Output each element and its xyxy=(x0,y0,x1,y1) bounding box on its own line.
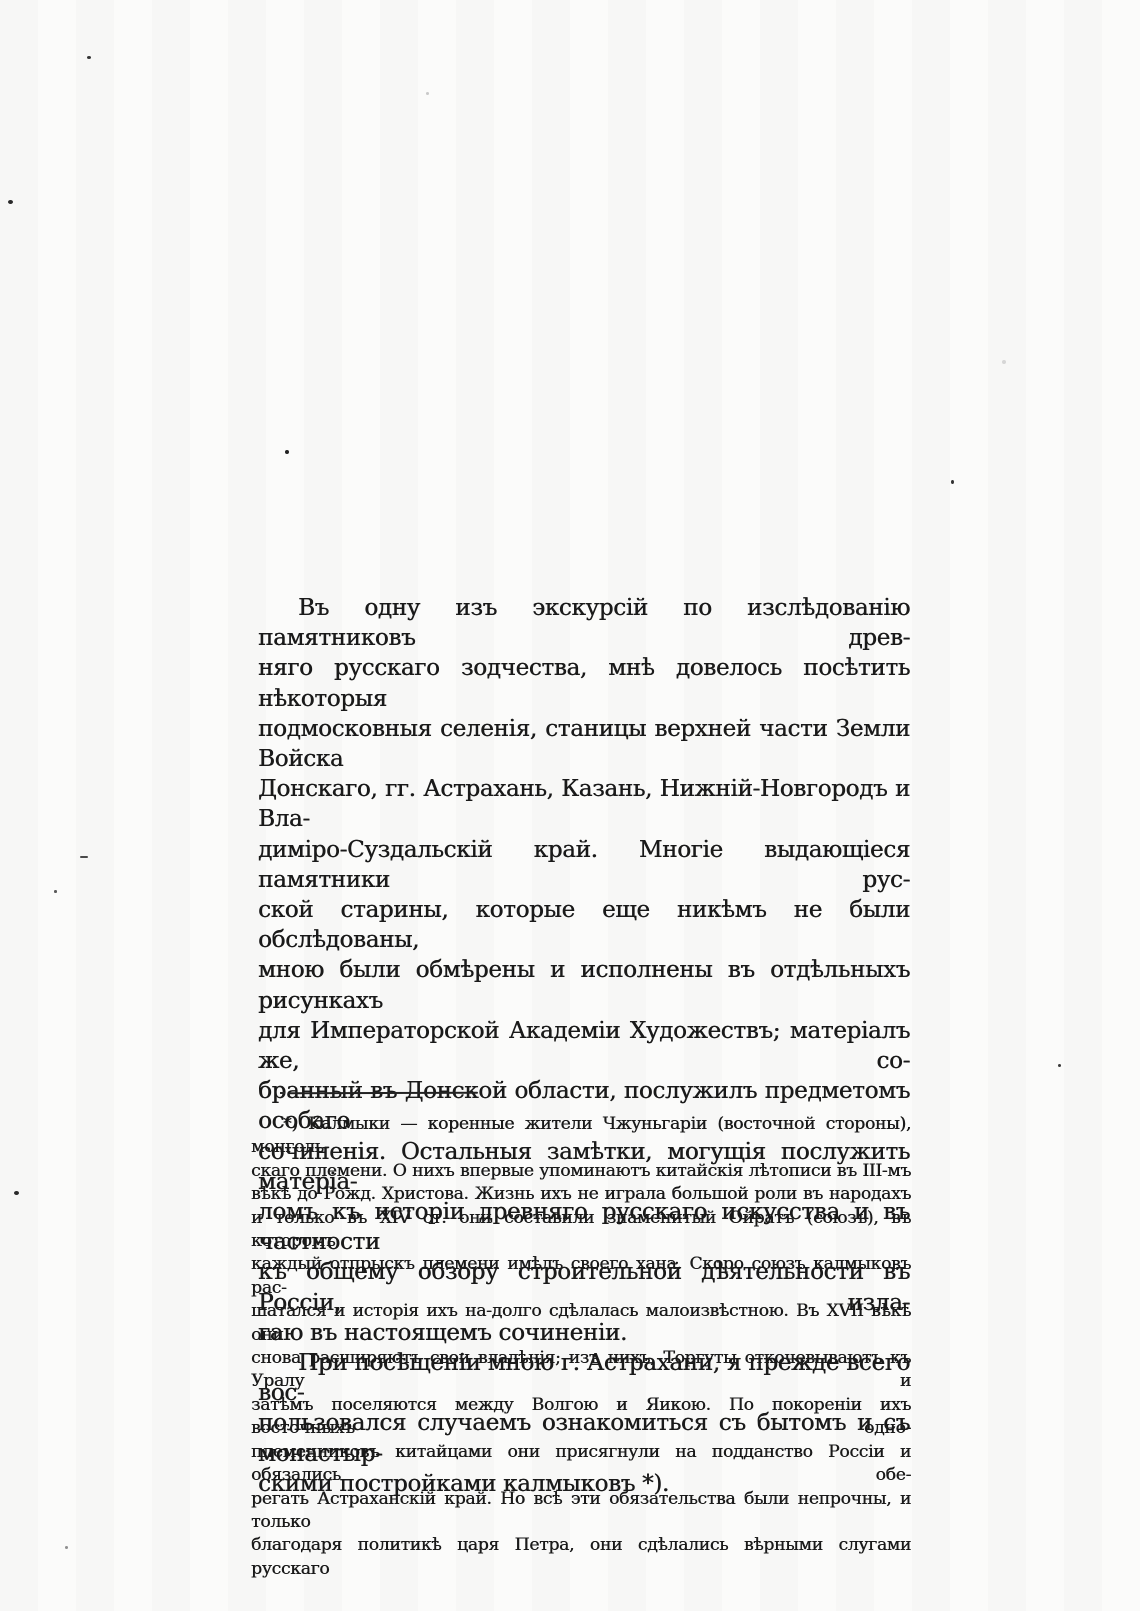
footnote-divider-dot xyxy=(280,1092,285,1094)
footnote-line: каждый отпрыскъ племени имѣлъ своего хан… xyxy=(251,1253,911,1300)
scan-speck xyxy=(65,1546,68,1549)
scan-speck xyxy=(8,200,13,204)
scan-speck xyxy=(80,856,88,858)
scan-speck xyxy=(54,890,57,893)
main-text-line: няго русскаго зодчества, мнѣ довелось по… xyxy=(258,653,910,713)
footnote-line: и только въ XIV ст. они составили знамен… xyxy=(251,1207,911,1254)
footnote-line: *) Калмыки — коренные жители Чжуньгаріи … xyxy=(251,1113,911,1160)
footnote-line: затѣмъ поселяются между Волгою и Яикою. … xyxy=(251,1394,911,1441)
main-text-line: для Императорской Академіи Художествъ; м… xyxy=(258,1016,910,1076)
scan-speck xyxy=(1002,360,1006,364)
footnote-line: шатался и исторія ихъ на-долго сдѣлалась… xyxy=(251,1300,911,1347)
main-text-line: ской старины, которые еще никѣмъ не были… xyxy=(258,895,910,955)
main-text-line: подмосковныя селенія, станицы верхней ча… xyxy=(258,714,910,774)
main-text-line: диміро-Суздальскій край. Многіе выдающіе… xyxy=(258,835,910,895)
scan-speck xyxy=(951,480,954,484)
footnote-line: снова расширяютъ свои владѣнія; изъ нихъ… xyxy=(251,1347,911,1394)
footnote-line: скаго племени. О нихъ впервые упоминаютъ… xyxy=(251,1160,911,1183)
footnote-block: *) Калмыки — коренные жители Чжуньгаріи … xyxy=(251,1113,911,1581)
footnote-line: вѣкѣ до Рожд. Христова. Жизнь ихъ не игр… xyxy=(251,1183,911,1206)
footnote-line: племенниковъ китайцами они присягнули на… xyxy=(251,1441,911,1488)
main-text-line: Донскаго, гг. Астрахань, Казань, Нижній-… xyxy=(258,774,910,834)
scan-speck xyxy=(285,450,289,454)
scan-speck xyxy=(14,1191,19,1195)
main-text-line: мною были обмѣрены и исполнены въ отдѣль… xyxy=(258,955,910,1015)
scan-speck xyxy=(426,92,429,95)
footnote-line: регать Астраханскій край. Но всѣ эти обя… xyxy=(251,1488,911,1535)
main-text-line: Въ одну изъ экскурсій по изслѣдованію па… xyxy=(258,593,910,653)
scan-speck xyxy=(1058,1064,1061,1067)
footnote-line: благодаря политикѣ царя Петра, они сдѣла… xyxy=(251,1534,911,1581)
scan-speck xyxy=(87,56,91,59)
scanned-book-page: { "colors": { "paper": "#fbfbfa", "ink":… xyxy=(0,0,1140,1611)
